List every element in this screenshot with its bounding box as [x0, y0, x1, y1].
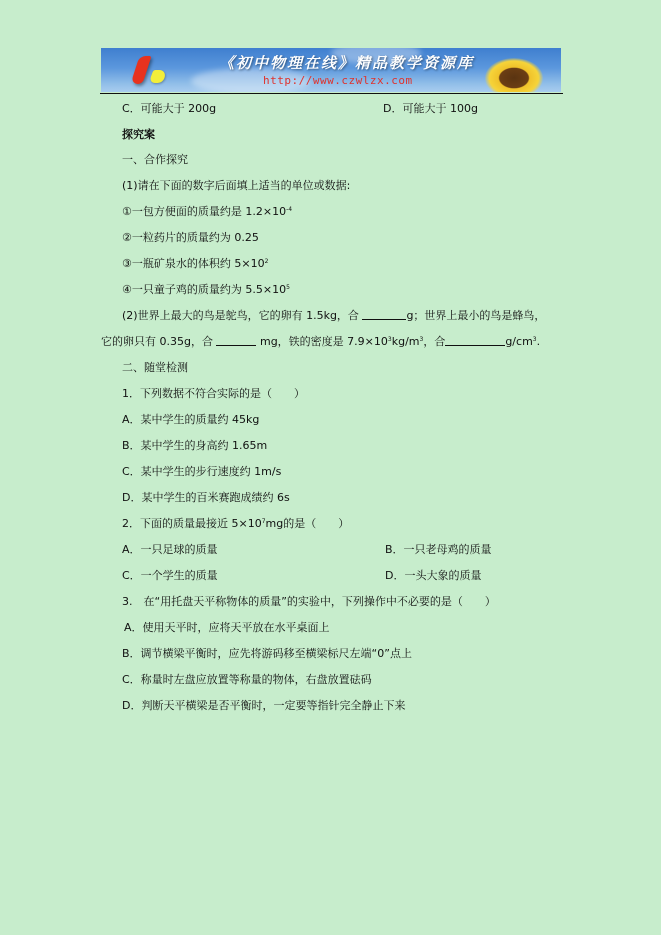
q2-text: ，合	[423, 335, 445, 348]
question-2-stem: 2．下面的质量最接近 5×107mg的是（ ）	[122, 517, 349, 531]
question-2-option-a: A．一只足球的质量	[122, 543, 218, 557]
answer-blank[interactable]	[445, 335, 505, 346]
fill-item-text: ①一包方便面的质量约是 1.2×10	[122, 205, 286, 218]
q2-text: mg，铁的密度是 7.9×10	[260, 335, 388, 348]
question-2-option-b: B．一只老母鸡的质量	[385, 543, 492, 557]
question-3-option-a: A．使用天平时，应将天平放在水平桌面上	[124, 621, 330, 635]
exponent: 5	[286, 284, 290, 291]
question-3-option-c: C．称量时左盘应放置等称量的物体，右盘放置砝码	[122, 673, 372, 687]
question-2-option-c: C．一个学生的质量	[122, 569, 218, 583]
fill-item-3: ③一瓶矿泉水的体积约 5×102	[122, 257, 268, 271]
q2-text: 它的卵只有 0.35g，合	[101, 335, 213, 348]
q2-text: (2)世界上最大的鸟是鸵鸟，它的卵有 1.5kg，合	[122, 309, 359, 322]
question-1-stem: 1．下列数据不符合实际的是（ ）	[122, 387, 305, 401]
sunflower-icon	[485, 58, 543, 92]
question-1-option-d: D．某中学生的百米赛跑成绩约 6s	[122, 491, 290, 505]
stem-text: mg的是（ ）	[266, 517, 350, 530]
question-1-option-b: B．某中学生的身高约 1.65m	[122, 439, 267, 453]
fill-item-text: ④一只童子鸡的质量约为 5.5×10	[122, 283, 286, 296]
header-banner: 《初中物理在线》精品教学资源库 http://www.czwlzx.com	[101, 48, 561, 92]
answer-blank[interactable]	[362, 309, 406, 320]
fill-item-1: ①一包方便面的质量约是 1.2×10-4	[122, 205, 292, 219]
fill-item-2: ②一粒药片的质量约为 0.25	[122, 231, 259, 245]
q2-text: g/cm	[505, 335, 532, 348]
question-2-option-d: D．一头大象的质量	[385, 569, 481, 583]
fill-item-text: ②一粒药片的质量约为 0.25	[122, 231, 259, 244]
question-1-option-a: A．某中学生的质量约 45kg	[122, 413, 259, 427]
question-3-stem: 3. 在“用托盘天平称物体的质量”的实验中，下列操作中不必要的是（ ）	[122, 595, 496, 609]
banner-title: 《初中物理在线》精品教学资源库	[219, 52, 474, 73]
stem-text: 2．下面的质量最接近 5×10	[122, 517, 262, 530]
part2-heading: 二、随堂检测	[122, 361, 188, 375]
answer-blank[interactable]	[216, 335, 256, 346]
question-3-option-d: D．判断天平横梁是否平衡时，一定要等指针完全静止下来	[122, 699, 405, 713]
prev-option-c: C．可能大于 200g	[122, 102, 216, 116]
q1-prompt: (1)请在下面的数字后面填上适当的单位或数据:	[122, 179, 350, 193]
fill-item-text: ③一瓶矿泉水的体积约 5×10	[122, 257, 265, 270]
q2-text: g；世界上最小的鸟是蜂鸟，	[406, 309, 545, 322]
logo-icon	[130, 56, 151, 84]
question-3-option-b: B．调节横梁平衡时，应先将游码移至横梁标尺左端“0”点上	[122, 647, 412, 661]
exponent: 2	[265, 258, 269, 265]
question-1-option-c: C．某中学生的步行速度约 1m/s	[122, 465, 281, 479]
q2-text: kg/m	[392, 335, 420, 348]
part1-heading: 一、合作探究	[122, 153, 188, 167]
exponent: -4	[286, 206, 292, 213]
q2-line2: 它的卵只有 0.35g，合 mg，铁的密度是 7.9×103kg/m3，合g/c…	[101, 335, 540, 349]
banner-url: http://www.czwlzx.com	[263, 74, 413, 87]
q2-line1: (2)世界上最大的鸟是鸵鸟，它的卵有 1.5kg，合 g；世界上最小的鸟是蜂鸟，	[122, 309, 545, 323]
logo-icon-accent	[149, 70, 168, 83]
prev-option-d: D．可能大于 100g	[383, 102, 478, 116]
fill-item-4: ④一只童子鸡的质量约为 5.5×105	[122, 283, 290, 297]
q2-text: .	[537, 335, 541, 348]
header-rule	[100, 93, 563, 94]
section-title: 探究案	[122, 128, 155, 142]
